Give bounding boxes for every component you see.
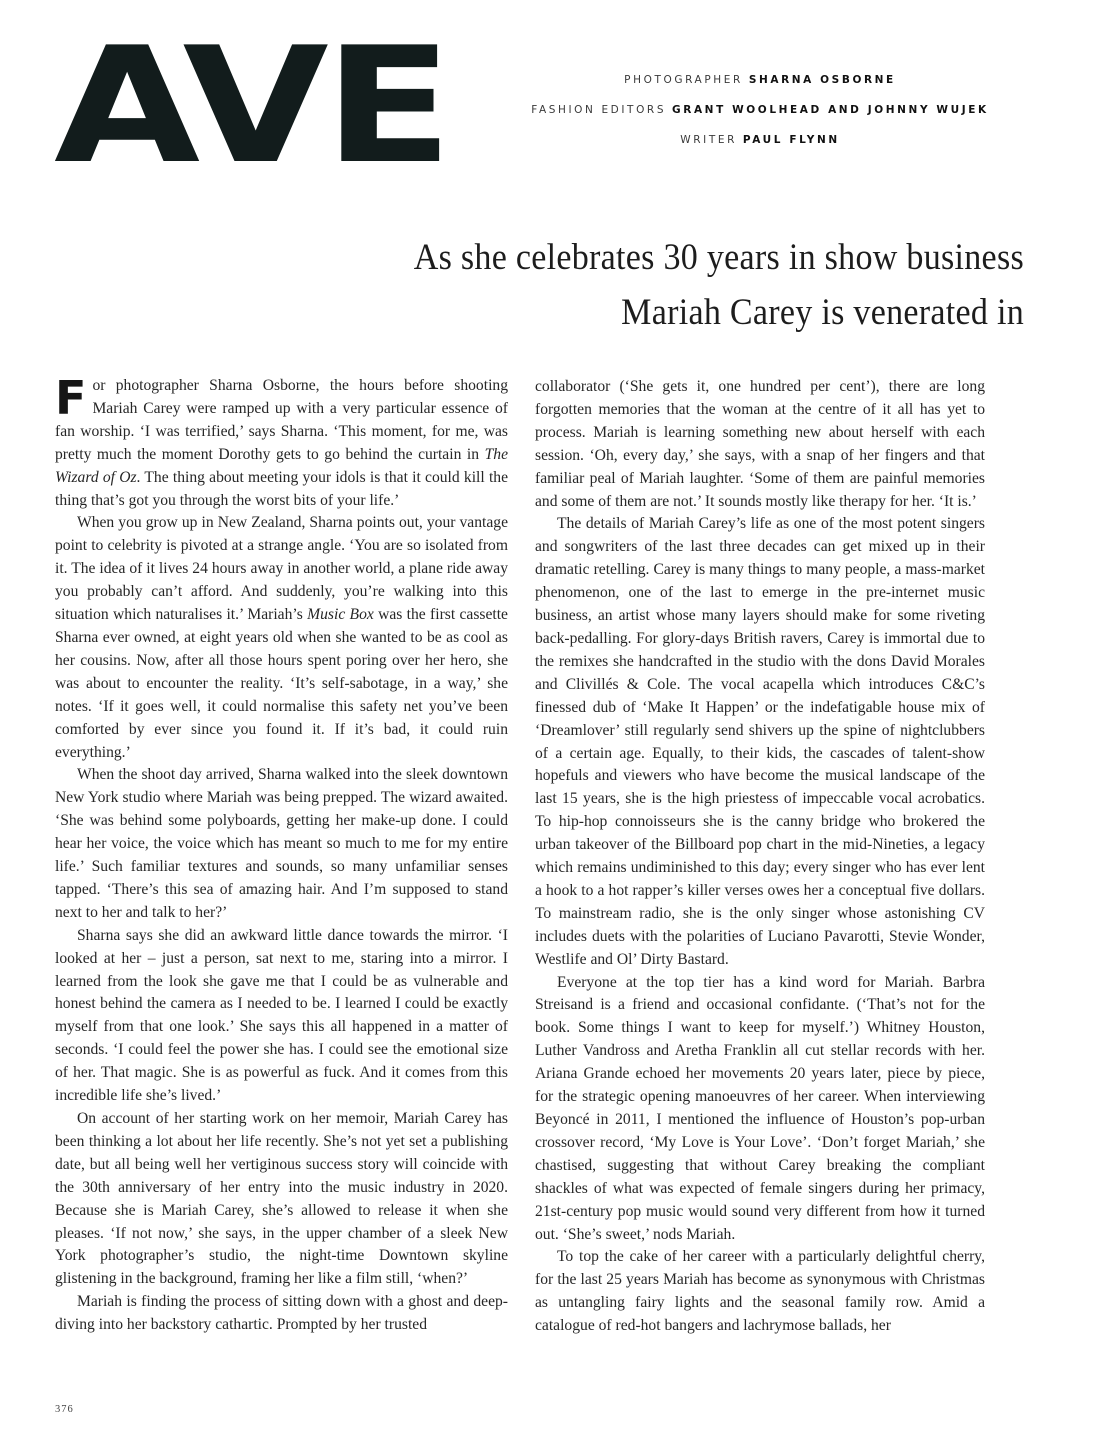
credits-block: PHOTOGRAPHER SHARNA OSBORNE FASHION EDIT… (520, 72, 1000, 162)
article-headline: As she celebrates 30 years in show busin… (362, 230, 1024, 340)
article-column-left: For photographer Sharna Osborne, the hou… (55, 375, 508, 1337)
paragraph: Everyone at the top tier has a kind word… (535, 972, 985, 1247)
credit-name: SHARNA OSBORNE (749, 74, 896, 86)
credit-photographer: PHOTOGRAPHER SHARNA OSBORNE (520, 72, 1000, 102)
headline-line-2: Mariah Carey is venerated in (362, 285, 1024, 340)
credit-role: PHOTOGRAPHER (624, 74, 743, 86)
italic-title: Music Box (307, 606, 374, 623)
article-column-right: collaborator (‘She gets it, one hundred … (535, 376, 985, 1338)
paragraph: When you grow up in New Zealand, Sharna … (55, 512, 508, 764)
drop-cap: F (55, 379, 86, 417)
paragraph: When the shoot day arrived, Sharna walke… (55, 764, 508, 924)
paragraph: The details of Mariah Carey’s life as on… (535, 513, 985, 971)
paragraph: collaborator (‘She gets it, one hundred … (535, 376, 985, 513)
paragraph: On account of her starting work on her m… (55, 1108, 508, 1291)
magazine-masthead: AVE (54, 26, 448, 186)
text-run: was the first cassette Sharna ever owned… (55, 606, 508, 760)
credit-name: PAUL FLYNN (743, 134, 840, 146)
credit-role: WRITER (680, 134, 737, 146)
text-run: or photographer Sharna Osborne, the hour… (55, 377, 508, 463)
credit-fashion-editors: FASHION EDITORS GRANT WOOLHEAD AND JOHNN… (520, 102, 1000, 132)
headline-line-1: As she celebrates 30 years in show busin… (362, 230, 1024, 285)
page-number: 376 (55, 1404, 74, 1415)
paragraph: Mariah is finding the process of sitting… (55, 1291, 508, 1337)
paragraph: For photographer Sharna Osborne, the hou… (55, 375, 508, 512)
credit-role: FASHION EDITORS (531, 104, 666, 116)
credit-name: GRANT WOOLHEAD AND JOHNNY WUJEK (672, 104, 989, 116)
paragraph: Sharna says she did an awkward little da… (55, 925, 508, 1108)
credit-writer: WRITER PAUL FLYNN (520, 132, 1000, 162)
paragraph: To top the cake of her career with a par… (535, 1246, 985, 1338)
